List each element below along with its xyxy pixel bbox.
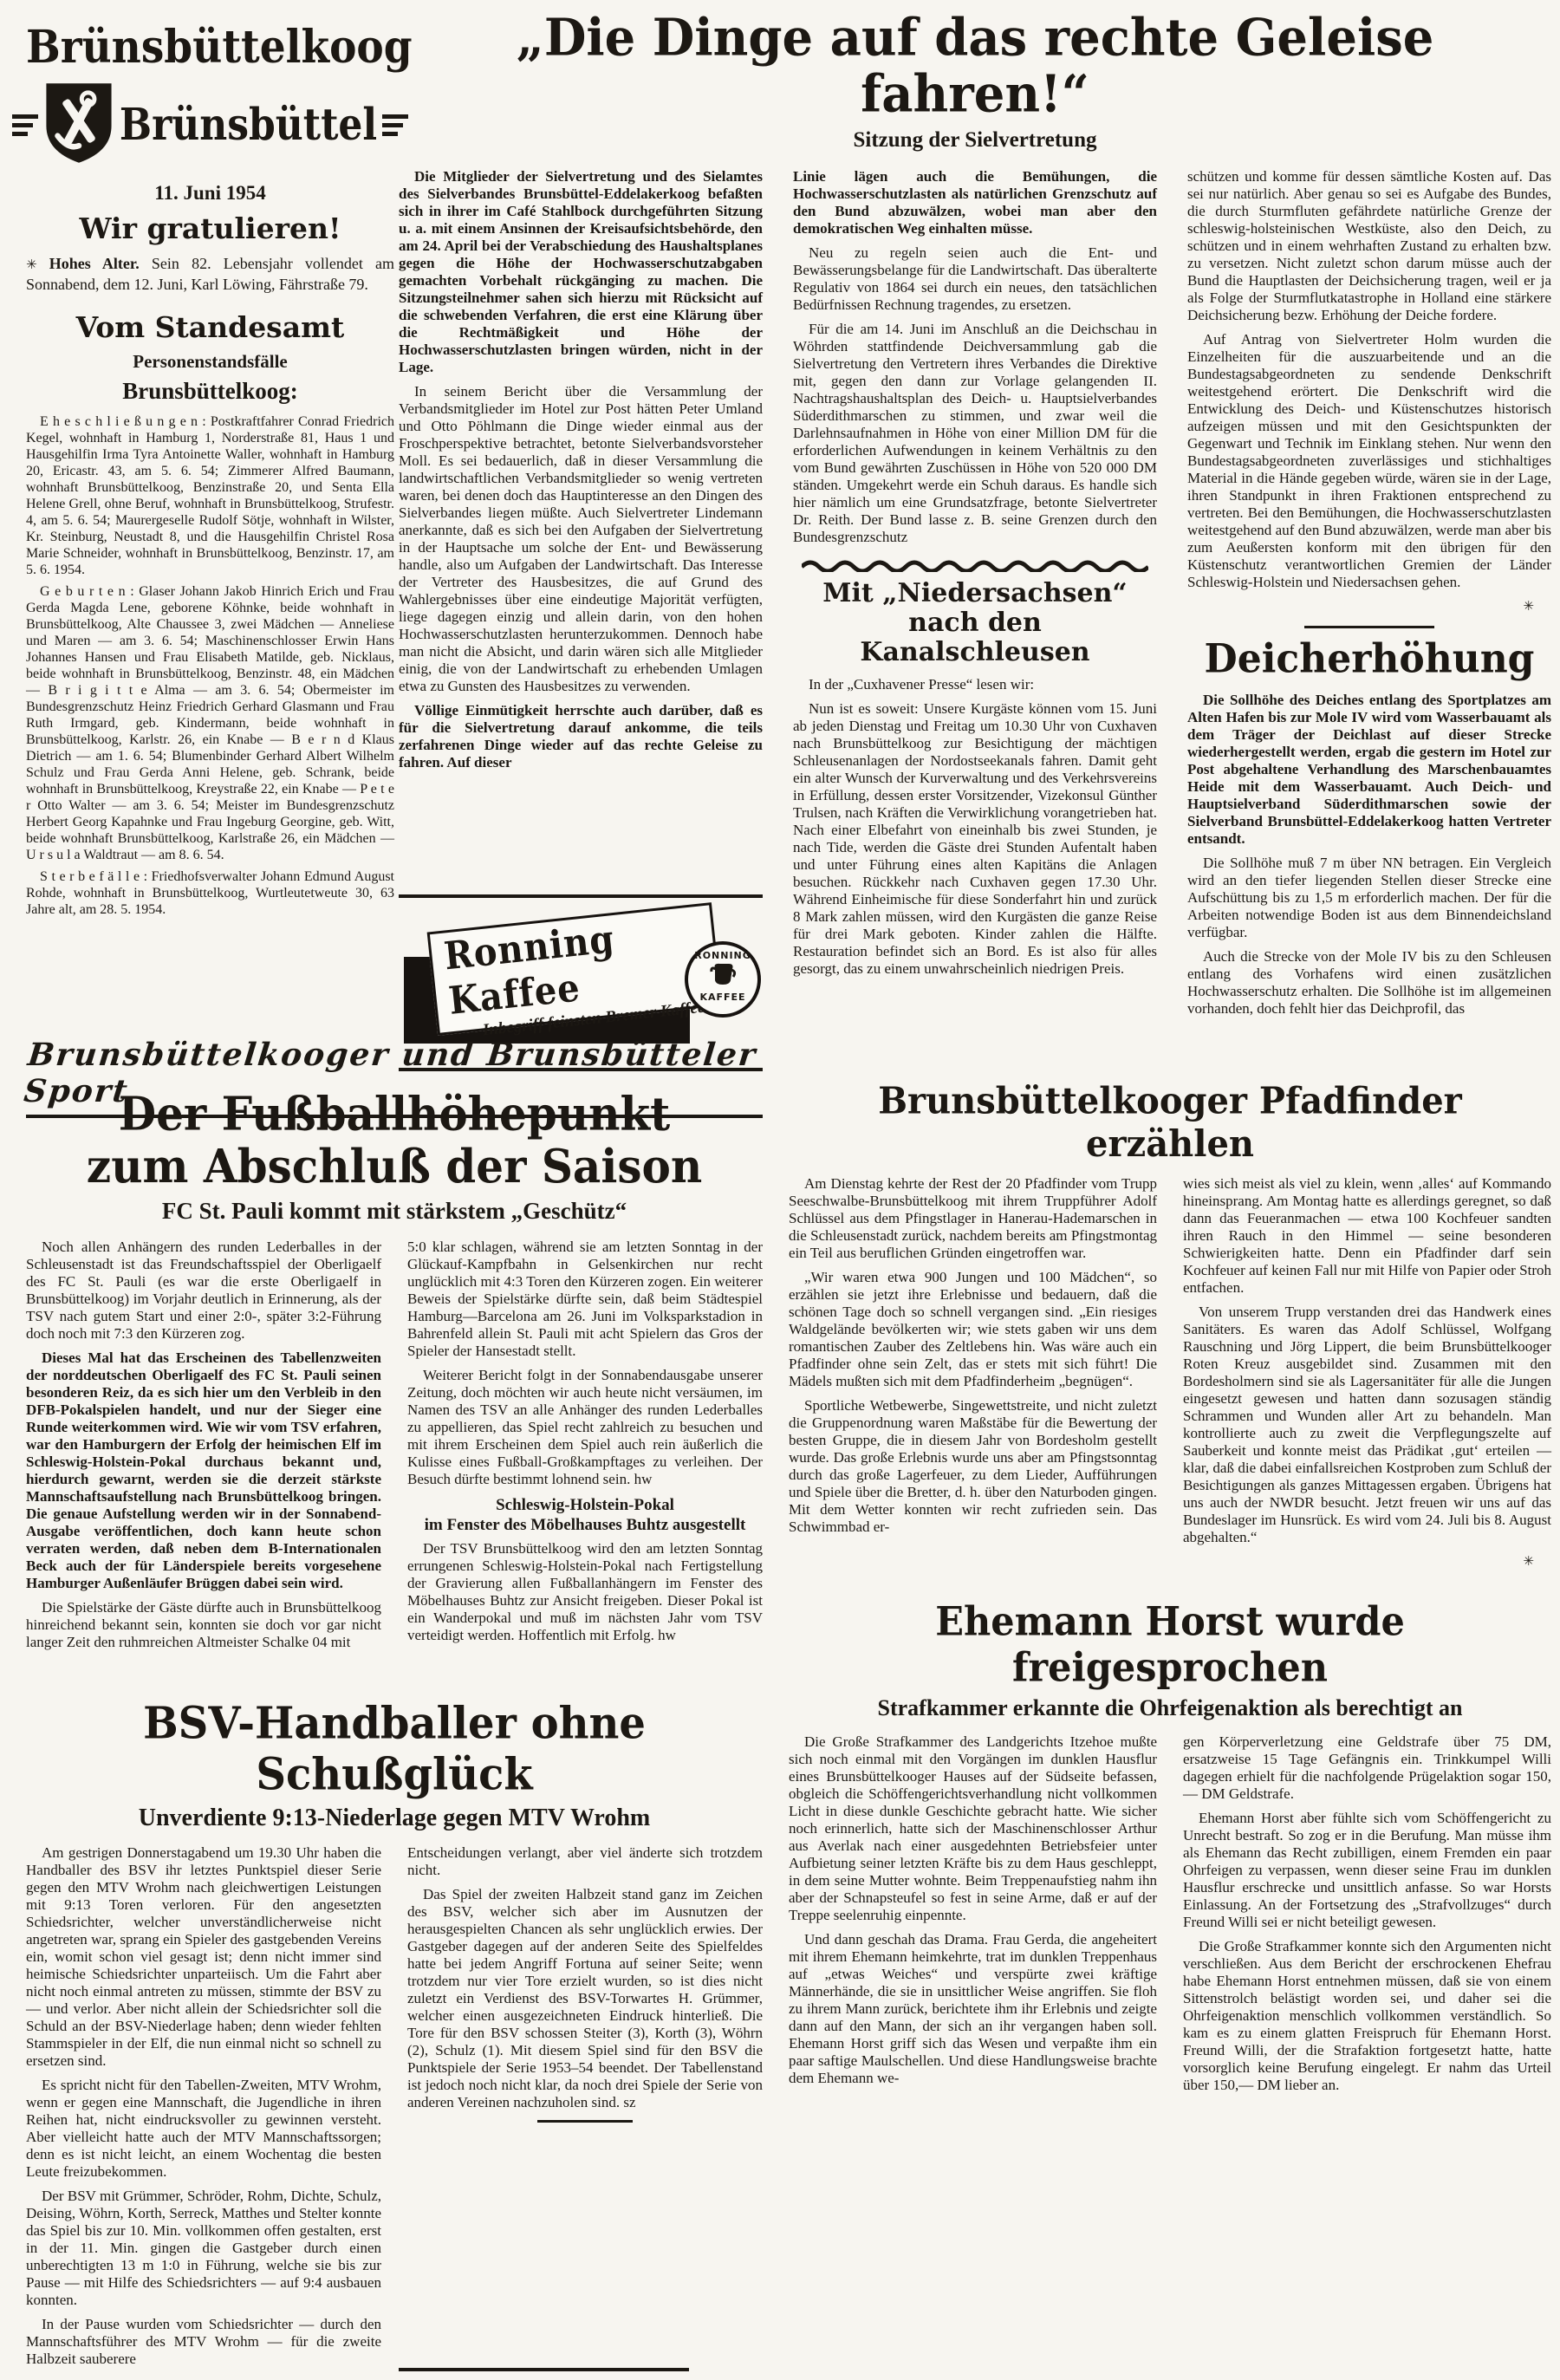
pokal-body: Der TSV Brunsbüttelkoog wird den am letz… bbox=[407, 1540, 763, 1644]
pokal-subheadline-line1: Schleswig-Holstein-Pokal bbox=[407, 1495, 763, 1515]
anchor-shield-icon bbox=[43, 81, 114, 170]
article-end-star-icon: ✳ bbox=[1187, 598, 1551, 614]
badge-top-text: RONNING bbox=[688, 950, 757, 961]
pfadfinder-paragraph: Sportliche Wetbewerbe, Singewettstreite,… bbox=[789, 1397, 1157, 1536]
standesamt-deaths: S t e r b e f ä l l e : Friedhofsverwalt… bbox=[26, 868, 394, 918]
star-icon: ✳ bbox=[26, 257, 37, 272]
main-subhead: Sitzung der Sielvertretung bbox=[399, 128, 1551, 153]
main-column-1: Die Mitglieder der Sielvertretung und de… bbox=[399, 168, 763, 1100]
football-paragraph: Weiterer Bericht folgt in der Sonnabenda… bbox=[407, 1367, 763, 1488]
football-headline: Der Fußballhöhepunkt zum Abschluß der Sa… bbox=[26, 1088, 763, 1193]
handball-paragraph: In der Pause wurden vom Schiedsrichter —… bbox=[26, 2316, 381, 2368]
standesamt-births: G e b u r t e n : Glaser Johann Jakob Hi… bbox=[26, 583, 394, 863]
court-headline: Ehemann Horst wurde freigesprochen bbox=[789, 1599, 1551, 1691]
football-column-1: Noch allen Anhängern des runden Lederbal… bbox=[26, 1239, 381, 1658]
issue-date: 11. Juni 1954 bbox=[26, 182, 394, 205]
court-column-1: Die Große Strafkammer des Landgerichts I… bbox=[789, 1733, 1157, 2101]
siel-article: „Die Dinge auf das rechte Geleise fahren… bbox=[399, 12, 1551, 1100]
siel-lead: Die Mitglieder der Sielvertretung und de… bbox=[399, 168, 763, 376]
pokal-subheadline: Schleswig-Holstein-Pokal im Fenster des … bbox=[407, 1495, 763, 1535]
court-subhead: Strafkammer erkannte die Ohrfeigenaktion… bbox=[789, 1695, 1551, 1721]
deich-paragraph: Auch die Strecke von der Mole IV bis zu … bbox=[1187, 948, 1551, 1018]
handball-headline: BSV-Handballer ohne Schußglück bbox=[26, 1698, 763, 1801]
football-column-2: 5:0 klar schlagen, während sie am letzte… bbox=[407, 1239, 763, 1658]
gratulieren-label: Hohes Alter. bbox=[49, 255, 140, 272]
pfadfinder-article: Brunsbüttelkooger Pfadfinder erzählen Am… bbox=[789, 1082, 1551, 1569]
court-column-2: gen Körperverletzung eine Geldstrafe übe… bbox=[1183, 1733, 1551, 2101]
football-subhead: FC St. Pauli kommt mit stärkstem „Geschü… bbox=[26, 1198, 763, 1225]
handball-article: BSV-Handballer ohne Schußglück Unverdien… bbox=[26, 1700, 763, 2375]
pfadfinder-paragraph: „Wir waren etwa 900 Jungen und 100 Mädch… bbox=[789, 1269, 1157, 1390]
ad-sign: Ronning Kaffee Inbegriff feinsten Bremer… bbox=[427, 902, 723, 1036]
court-paragraph: Die Große Strafkammer konnte sich den Ar… bbox=[1183, 1938, 1551, 2094]
gratulieren-heading: Wir gratulieren! bbox=[26, 211, 394, 245]
ad-rule-top bbox=[399, 894, 763, 898]
gratulieren-text: ✳ Hohes Alter. Sein 82. Lebensjahr volle… bbox=[26, 254, 394, 295]
pfadfinder-headline: Brunsbüttelkooger Pfadfinder erzählen bbox=[789, 1079, 1551, 1166]
speed-lines-left-icon bbox=[12, 114, 38, 136]
masthead-title-line2: Brünsbüttel bbox=[120, 100, 377, 151]
court-paragraph: gen Körperverletzung eine Geldstrafe übe… bbox=[1183, 1733, 1551, 1803]
handball-paragraph: Der BSV mit Grümmer, Schröder, Rohm, Dic… bbox=[26, 2188, 381, 2309]
main-column-2: Linie lägen auch die Bemühungen, die Hoc… bbox=[793, 168, 1157, 1100]
standesamt-heading: Vom Standesamt bbox=[26, 310, 394, 344]
siel-paragraph: Auf Antrag von Sielvertreter Holm wurden… bbox=[1187, 331, 1551, 591]
section-divider-rule bbox=[1304, 626, 1434, 628]
pfadfinder-columns: Am Dienstag kehrte der Rest der 20 Pfadf… bbox=[789, 1175, 1551, 1569]
pfadfinder-column-1: Am Dienstag kehrte der Rest der 20 Pfadf… bbox=[789, 1175, 1157, 1569]
masthead-row: Brünsbüttel bbox=[26, 81, 394, 168]
main-headline: „Die Dinge auf das rechte Geleise fahren… bbox=[399, 10, 1551, 122]
court-paragraph: Die Große Strafkammer des Landgerichts I… bbox=[789, 1733, 1157, 1924]
football-paragraph: Noch allen Anhängern des runden Lederbal… bbox=[26, 1239, 381, 1343]
main-column-3: schützen und komme für dessen sämtliche … bbox=[1187, 168, 1551, 1100]
handball-paragraph: Entscheidungen verlangt, aber viel änder… bbox=[407, 1844, 763, 1879]
handball-subhead: Unverdiente 9:13-Niederlage gegen MTV Wr… bbox=[26, 1805, 763, 1832]
standesamt-marriages: E h e s c h l i e ß u n g e n : Postkraf… bbox=[26, 413, 394, 578]
deich-paragraph: Die Sollhöhe muß 7 m über NN betragen. E… bbox=[1187, 855, 1551, 941]
siel-paragraph: Für die am 14. Juni im Anschluß an die D… bbox=[793, 321, 1157, 546]
football-headline-line1: Der Fußballhöhepunkt bbox=[26, 1088, 763, 1140]
pfadfinder-paragraph: Von unserem Trupp verstanden drei das Ha… bbox=[1183, 1304, 1551, 1546]
bottom-rule bbox=[399, 2368, 689, 2371]
siel-paragraph: schützen und komme für dessen sämtliche … bbox=[1187, 168, 1551, 324]
court-paragraph: Ehemann Horst aber fühlte sich vom Schöf… bbox=[1183, 1810, 1551, 1931]
siel-paragraph: Linie lägen auch die Bemühungen, die Hoc… bbox=[793, 168, 1157, 237]
handball-column-2: Entscheidungen verlangt, aber viel änder… bbox=[407, 1844, 763, 2375]
handball-end-rule bbox=[537, 2120, 633, 2123]
siel-paragraph: Neu zu regeln seien auch die Ent- und Be… bbox=[793, 244, 1157, 314]
newspaper-page: { "masthead": { "title_line1": "Brünsbüt… bbox=[0, 0, 1560, 2380]
coffee-pot-icon bbox=[708, 961, 738, 987]
niedersachsen-headline: Mit „Niedersachsen“ nach den Kanalschleu… bbox=[793, 579, 1157, 667]
football-paragraph: 5:0 klar schlagen, während sie am letzte… bbox=[407, 1239, 763, 1360]
court-article: Ehemann Horst wurde freigesprochen Straf… bbox=[789, 1602, 1551, 2101]
football-headline-line2: zum Abschluß der Saison bbox=[26, 1140, 763, 1192]
ronning-badge-icon: RONNING KAFFEE bbox=[685, 941, 761, 1018]
niedersachsen-intro: In der „Cuxhavener Presse“ lesen wir: bbox=[793, 676, 1157, 693]
football-paragraph: Dieses Mal hat das Erscheinen des Tabell… bbox=[26, 1349, 381, 1592]
siel-paragraph: Völlige Einmütigkeit herrschte auch darü… bbox=[399, 702, 763, 771]
wave-divider-icon bbox=[802, 558, 1148, 572]
handball-column-1: Am gestrigen Donnerstagabend um 19.30 Uh… bbox=[26, 1844, 381, 2375]
standesamt-subheading: Personenstandsfälle bbox=[26, 351, 394, 373]
pfadfinder-paragraph: Am Dienstag kehrte der Rest der 20 Pfadf… bbox=[789, 1175, 1157, 1262]
main-columns: Die Mitglieder der Sielvertretung und de… bbox=[399, 168, 1551, 1100]
handball-columns: Am gestrigen Donnerstagabend um 19.30 Uh… bbox=[26, 1844, 763, 2375]
football-paragraph: Die Spielstärke der Gäste dürfte auch in… bbox=[26, 1599, 381, 1651]
football-columns: Noch allen Anhängern des runden Lederbal… bbox=[26, 1239, 763, 1658]
deich-lead: Die Sollhöhe des Deiches entlang des Spo… bbox=[1187, 692, 1551, 848]
handball-paragraph: Es spricht nicht für den Tabellen-Zweite… bbox=[26, 2077, 381, 2181]
deich-headline: Deicherhöhung bbox=[1187, 636, 1551, 683]
handball-paragraph: Das Spiel der zweiten Halbzeit stand gan… bbox=[407, 1886, 763, 2111]
pfadfinder-end-star-icon: ✳ bbox=[1183, 1553, 1551, 1569]
badge-bottom-text: KAFFEE bbox=[688, 992, 757, 1003]
court-columns: Die Große Strafkammer des Landgerichts I… bbox=[789, 1733, 1551, 2101]
handball-paragraph: Am gestrigen Donnerstagabend um 19.30 Uh… bbox=[26, 1844, 381, 2070]
court-paragraph: Und dann geschah das Drama. Frau Gerda, … bbox=[789, 1931, 1157, 2087]
pfadfinder-paragraph: wies sich meist als viel zu klein, wenn … bbox=[1183, 1175, 1551, 1297]
pokal-subheadline-line2: im Fenster des Möbelhauses Buhtz ausgest… bbox=[407, 1515, 763, 1535]
masthead-title-line1: Brünsbüttelkoog bbox=[26, 23, 394, 72]
siel-paragraph: In seinem Bericht über die Versammlung d… bbox=[399, 383, 763, 695]
standesamt-place: Brunsbüttelkoog: bbox=[26, 378, 394, 405]
football-article: Der Fußballhöhepunkt zum Abschluß der Sa… bbox=[26, 1090, 763, 1658]
pfadfinder-column-2: wies sich meist als viel zu klein, wenn … bbox=[1183, 1175, 1551, 1569]
niedersachsen-body: Nun ist es soweit: Unsere Kurgäste könne… bbox=[793, 700, 1157, 978]
masthead-block: Brünsbüttelkoog Brünsbüttel 11. Juni 195… bbox=[26, 26, 394, 923]
